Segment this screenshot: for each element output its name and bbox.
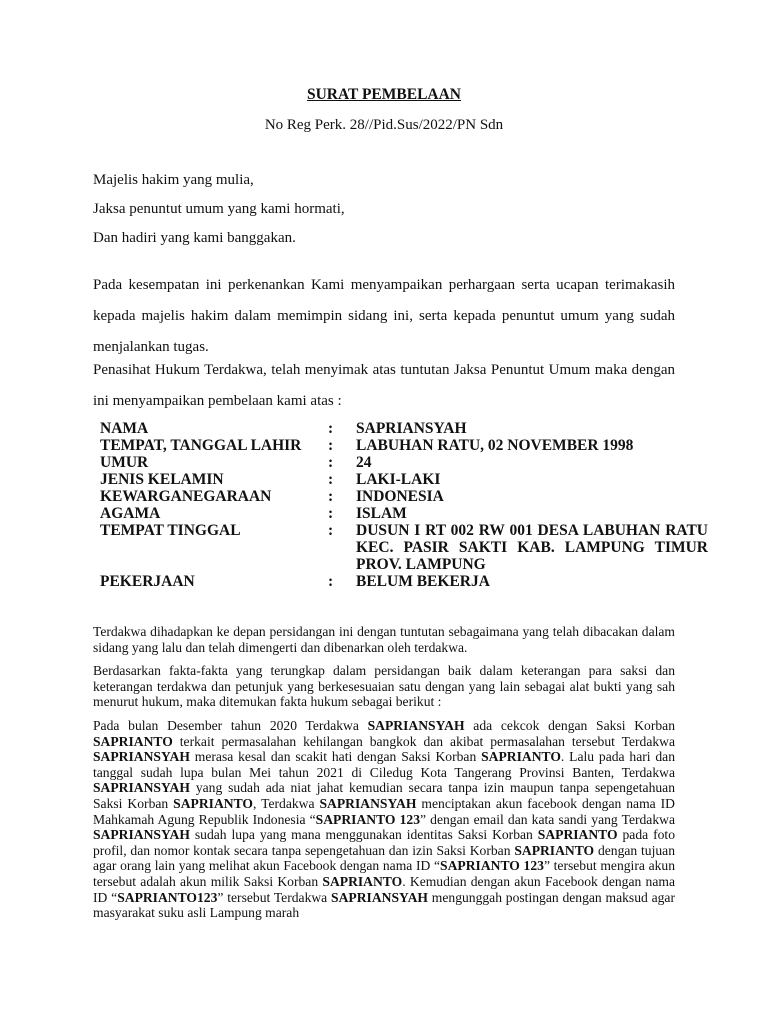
identity-value: BELUM BEKERJA <box>356 573 708 590</box>
bold-name: SAPRIANTO <box>322 874 402 889</box>
identity-value: ISLAM <box>356 505 708 522</box>
text-run: sudah lupa yang mana menggunakan identit… <box>190 827 538 842</box>
text-run: merasa kesal dan scakit hati dengan Saks… <box>190 749 481 764</box>
identity-row: TEMPAT, TANGGAL LAHIR:LABUHAN RATU, 02 N… <box>100 437 710 454</box>
bold-name: SAPRIANTO 123 <box>316 812 420 827</box>
defense-intro-paragraph: Penasihat Hukum Terdakwa, telah menyimak… <box>93 355 675 417</box>
bold-name: SAPRIANSYAH <box>320 796 417 811</box>
bold-name: SAPRIANTO <box>93 734 173 749</box>
bold-name: SAPRIANSYAH <box>93 780 190 795</box>
identity-label: TEMPAT TINGGAL <box>100 522 328 573</box>
identity-value: LABUHAN RATU, 02 NOVEMBER 1998 <box>356 437 708 454</box>
bold-name: SAPRIANTO <box>538 827 618 842</box>
identity-row: AGAMA:ISLAM <box>100 505 710 522</box>
text-run: , Terdakwa <box>253 796 320 811</box>
identity-label: PEKERJAAN <box>100 573 328 590</box>
facts-intro-paragraph: Berdasarkan fakta-fakta yang terungkap d… <box>93 663 675 710</box>
identity-row: PEKERJAAN:BELUM BEKERJA <box>100 573 710 590</box>
identity-row: JENIS KELAMIN:LAKI-LAKI <box>100 471 710 488</box>
document-page: SURAT PEMBELAAN No Reg Perk. 28//Pid.Sus… <box>0 0 768 1024</box>
identity-row: NAMA:SAPRIANSYAH <box>100 420 710 437</box>
identity-colon: : <box>328 437 356 454</box>
identity-colon: : <box>328 420 356 437</box>
identity-label: AGAMA <box>100 505 328 522</box>
salutation-line: Dan hadiri yang kami banggakan. <box>93 228 345 257</box>
bold-name: SAPRIANTO <box>481 749 561 764</box>
identity-label: NAMA <box>100 420 328 437</box>
identity-label: JENIS KELAMIN <box>100 471 328 488</box>
text-run: ada cekcok dengan Saksi Korban <box>465 718 675 733</box>
document-title: SURAT PEMBELAAN <box>0 86 768 104</box>
identity-colon: : <box>328 573 356 590</box>
identity-value: SAPRIANSYAH <box>356 420 708 437</box>
charges-paragraph: Terdakwa dihadapkan ke depan persidangan… <box>93 624 675 655</box>
identity-label: KEWARGANEGARAAN <box>100 488 328 505</box>
identity-row: TEMPAT TINGGAL:DUSUN I RT 002 RW 001 DES… <box>100 522 710 573</box>
facts-paragraph: Pada bulan Desember tahun 2020 Terdakwa … <box>93 718 675 921</box>
identity-row: UMUR:24 <box>100 454 710 471</box>
identity-colon: : <box>328 471 356 488</box>
identity-colon: : <box>328 505 356 522</box>
text-run: terkait permasalahan kehilangan bangkok … <box>173 734 675 749</box>
identity-colon: : <box>328 454 356 471</box>
identity-value: DUSUN I RT 002 RW 001 DESA LABUHAN RATU … <box>356 522 708 573</box>
bold-name: SAPRIANTO <box>173 796 253 811</box>
identity-value: LAKI-LAKI <box>356 471 708 488</box>
defendant-identity-table: NAMA:SAPRIANSYAHTEMPAT, TANGGAL LAHIR:LA… <box>100 420 710 590</box>
identity-label: UMUR <box>100 454 328 471</box>
bold-name: SAPRIANTO <box>514 843 594 858</box>
identity-colon: : <box>328 488 356 505</box>
opening-paragraph: Pada kesempatan ini perkenankan Kami men… <box>93 270 675 363</box>
bold-name: SAPRIANSYAH <box>368 718 465 733</box>
bold-name: SAPRIANSYAH <box>331 890 428 905</box>
identity-value: 24 <box>356 454 708 471</box>
bold-name: SAPRIANTO 123 <box>440 858 544 873</box>
bold-name: SAPRIANSYAH <box>93 749 190 764</box>
bold-name: SAPRIANTO123 <box>117 890 217 905</box>
identity-colon: : <box>328 522 356 573</box>
text-run: ” dengan email dan kata sandi yang Terda… <box>420 812 675 827</box>
text-run: ” tersebut Terdakwa <box>217 890 331 905</box>
bold-name: SAPRIANSYAH <box>93 827 190 842</box>
text-run: Pada bulan Desember tahun 2020 Terdakwa <box>93 718 368 733</box>
identity-row: KEWARGANEGARAAN:INDONESIA <box>100 488 710 505</box>
identity-label: TEMPAT, TANGGAL LAHIR <box>100 437 328 454</box>
registration-number: No Reg Perk. 28//Pid.Sus/2022/PN Sdn <box>0 117 768 134</box>
salutation-line: Jaksa penuntut umum yang kami hormati, <box>93 199 345 228</box>
salutations: Majelis hakim yang mulia, Jaksa penuntut… <box>93 170 345 257</box>
identity-value: INDONESIA <box>356 488 708 505</box>
salutation-line: Majelis hakim yang mulia, <box>93 170 345 199</box>
